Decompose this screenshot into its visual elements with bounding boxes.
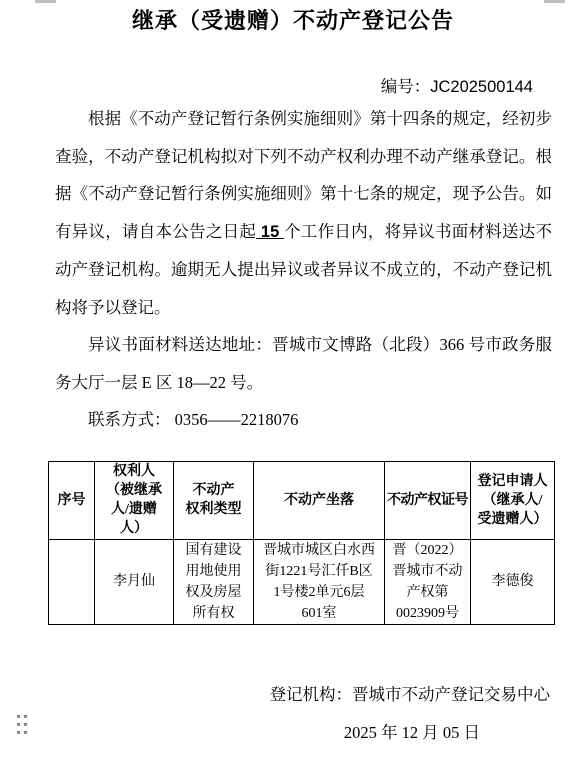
notice-date: 2025 年 12 月 05 日	[0, 721, 586, 745]
paragraph-contact: 联系方式： 0356——2218076	[55, 401, 552, 439]
header-serial-number: 序号	[49, 461, 95, 539]
notice-document: 继承（受遗赠）不动产登记公告 编号：JC202500144 根据《不动产登记暂行…	[0, 0, 586, 771]
registration-agency-line: 登记机构：晋城市不动产登记交易中心	[0, 683, 586, 707]
doc-number-value: JC202500144	[430, 78, 533, 96]
header-location: 不动产坐落	[254, 461, 385, 539]
cell-right-type: 国有建设 用地使用 权及房屋 所有权	[174, 539, 254, 624]
table-row: 李月仙 国有建设 用地使用 权及房屋 所有权 晋城市城区白水西 街1221号汇仟…	[49, 539, 555, 624]
paragraph-delivery-address: 异议书面材料送达地址：晋城市文博路（北段）366 号市政务服务大厅一层 E 区 …	[55, 326, 552, 401]
header-right-holder: 权利人 （被继承 人/遗赠 人）	[95, 461, 174, 539]
drag-handle-dots-icon	[17, 715, 27, 734]
registration-table: 序号 权利人 （被继承 人/遗赠 人） 不动产 权利类型 不动产坐落 不动产权证…	[48, 461, 555, 625]
cell-location: 晋城市城区白水西 街1221号汇仟B区 1号楼2单元6层 601室	[254, 539, 385, 624]
page-edge-mark-right	[544, 0, 565, 3]
page-title: 继承（受遗赠）不动产登记公告	[0, 6, 586, 36]
cell-certificate-number: 晋（2022） 晋城市不动 产权第 0023909号	[385, 539, 471, 624]
page-edge-mark-left	[35, 0, 56, 3]
paragraph-objection-rules: 根据《不动产登记暂行条例实施细则》第十四条的规定，经初步查验，不动产登记机构拟对…	[55, 100, 552, 326]
doc-number-line: 编号：JC202500144	[0, 74, 586, 100]
header-right-type: 不动产 权利类型	[174, 461, 254, 539]
header-certificate-number: 不动产权证号	[385, 461, 471, 539]
cell-right-holder: 李月仙	[95, 539, 174, 624]
table-header-row: 序号 权利人 （被继承 人/遗赠 人） 不动产 权利类型 不动产坐落 不动产权证…	[49, 461, 555, 539]
objection-days-value: 15	[256, 223, 284, 241]
cell-serial-number	[49, 539, 95, 624]
header-applicant: 登记申请人 （继承人/ 受遗赠人）	[471, 461, 555, 539]
doc-number-label: 编号：	[381, 77, 431, 96]
cell-applicant: 李德俊	[471, 539, 555, 624]
